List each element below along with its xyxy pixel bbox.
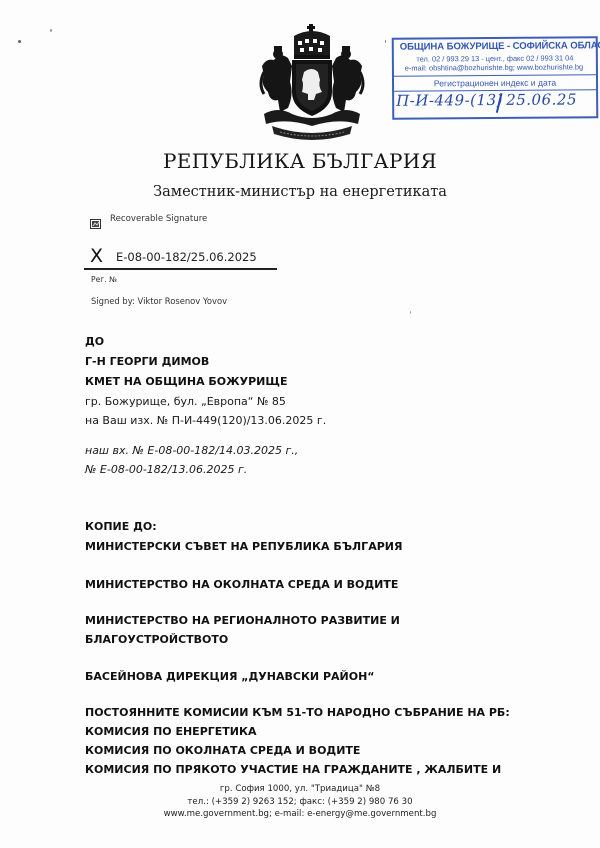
scan-speck xyxy=(18,40,21,43)
copy-recipient: КОМИСИЯ ПО ЕНЕРГЕТИКА xyxy=(85,725,257,738)
footer-address: гр. София 1000, ул. "Триадица" №8 xyxy=(0,783,600,796)
our-reference: № Е-08-00-182/13.06.2025 г. xyxy=(85,463,247,476)
footer-phones: тел.: (+359 2) 9263 152; факс: (+359 2) … xyxy=(0,796,600,809)
copy-recipient: БЛАГОУСТРОЙСТВОТО xyxy=(85,633,228,646)
signature-mark: X xyxy=(90,245,103,267)
copy-recipient: МИНИСТЕРСКИ СЪВЕТ НА РЕПУБЛИКА БЪЛГАРИЯ xyxy=(85,540,402,553)
scan-speck xyxy=(385,40,386,43)
copy-recipient: МИНИСТЕРСТВО НА РЕГИОНАЛНОТО РАЗВИТИЕ И xyxy=(85,614,400,627)
registration-number-label: Рег. № xyxy=(91,275,117,284)
addressee-position: КМЕТ НА ОБЩИНА БОЖУРИЩЕ xyxy=(85,375,287,388)
copy-recipient: МИНИСТЕРСТВО НА ОКОЛНАТА СРЕДА И ВОДИТЕ xyxy=(85,578,398,591)
your-reference: на Ваш изх. № П-И-449(120)/13.06.2025 г. xyxy=(85,414,326,427)
republic-heading: РЕПУБЛИКА БЪЛГАРИЯ xyxy=(0,149,600,173)
stamp-title: ОБЩИНА БОЖУРИЩЕ - СОФИЙСКА ОБЛАСТ xyxy=(400,40,600,52)
office-heading: Заместник-министър на енергетиката xyxy=(0,184,600,200)
to-label: ДО xyxy=(85,335,104,348)
copy-recipient: БАСЕЙНОВА ДИРЕКЦИЯ „ДУНАВСКИ РАЙОН“ xyxy=(85,670,375,683)
signature-image-icon xyxy=(90,214,101,224)
registration-number: E-08-00-182/25.06.2025 xyxy=(116,250,257,264)
coat-of-arms-emblem xyxy=(258,22,366,140)
municipality-registration-stamp: ОБЩИНА БОЖУРИЩЕ - СОФИЙСКА ОБЛАСТ тел. 0… xyxy=(392,36,599,119)
signature-type-label: Recoverable Signature xyxy=(110,214,207,224)
copy-recipient: КОМИСИЯ ПО ПРЯКОТО УЧАСТИЕ НА ГРАЖДАНИТЕ… xyxy=(85,763,501,776)
our-reference: наш вх. № Е-08-00-182/14.03.2025 г., xyxy=(85,444,298,457)
copy-recipient: КОМИСИЯ ПО ОКОЛНАТА СРЕДА И ВОДИТЕ xyxy=(85,744,360,757)
signature-line xyxy=(84,268,277,270)
stamp-handwritten-date: 25.06.25 xyxy=(506,90,577,108)
addressee-name: Г-Н ГЕОРГИ ДИМОВ xyxy=(85,355,209,368)
addressee-address: гр. Божурище, бул. „Европа“ № 85 xyxy=(85,395,286,408)
stamp-registration-label: Регистрационен индекс и дата xyxy=(394,74,596,91)
copies-heading: КОПИЕ ДО: xyxy=(85,520,157,533)
scan-speck xyxy=(410,311,411,314)
footer-web[interactable]: www.me.government.bg; e-mail: e-energy@m… xyxy=(0,808,600,821)
copy-recipient: ПОСТОЯННИТЕ КОМИСИИ КЪМ 51-ТО НАРОДНО СЪ… xyxy=(85,706,510,719)
ministry-footer: гр. София 1000, ул. "Триадица" №8 тел.: … xyxy=(0,783,600,821)
signed-by-text: Signed by: Viktor Rosenov Yovov xyxy=(91,296,227,306)
stamp-contacts: e-mail: obshtina@bozhurishte.bg; www.boz… xyxy=(392,62,596,72)
scan-speck xyxy=(50,29,52,32)
stamp-handwritten-index: П-И-449-(13) xyxy=(396,91,503,110)
